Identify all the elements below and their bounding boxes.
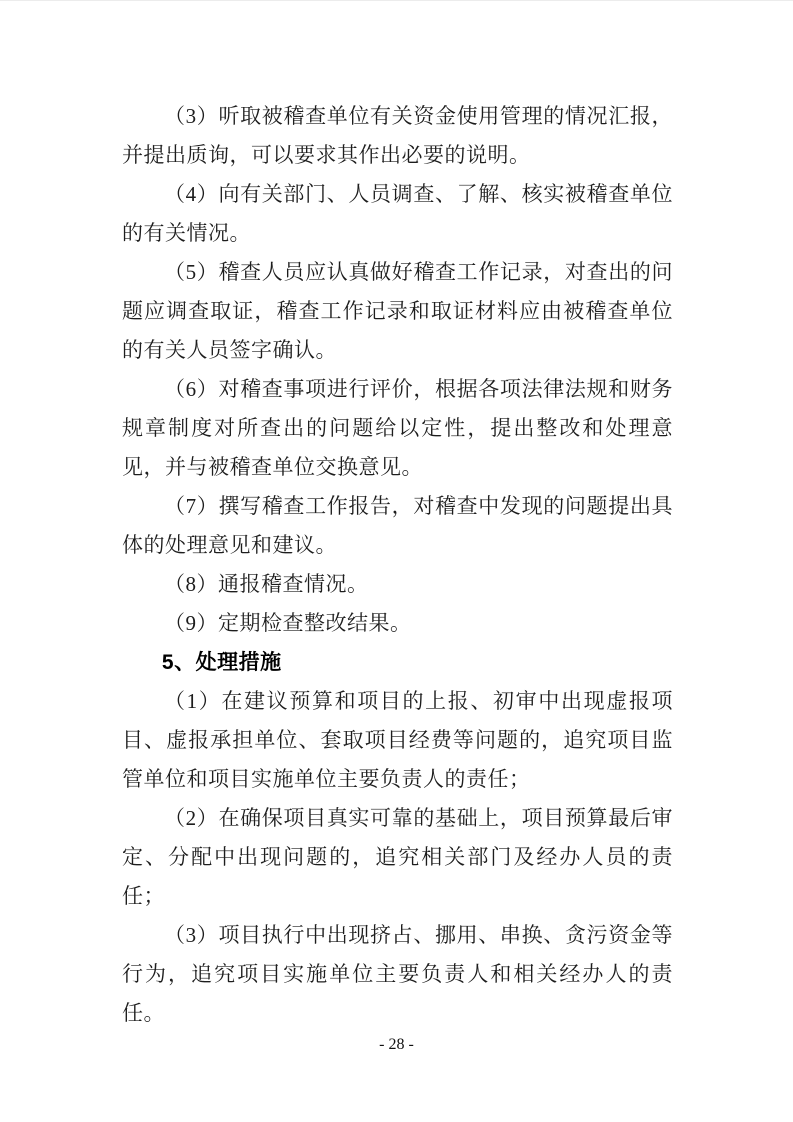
list-item-8: （8）通报稽查情况。 (122, 565, 673, 604)
list-item-4: （4）向有关部门、人员调查、了解、核实被稽查单位的有关情况。 (122, 175, 673, 253)
document-body: （3）听取被稽查单位有关资金使用管理的情况汇报，并提出质询，可以要求其作出必要的… (122, 97, 673, 1033)
measure-item-2: （2）在确保项目真实可靠的基础上，项目预算最后审定、分配中出现问题的，追究相关部… (122, 799, 673, 916)
list-item-6: （6）对稽查事项进行评价，根据各项法律法规和财务规章制度对所查出的问题给以定性，… (122, 370, 673, 487)
document-page: （3）听取被稽查单位有关资金使用管理的情况汇报，并提出质询，可以要求其作出必要的… (0, 0, 793, 1122)
measure-item-1: （1）在建议预算和项目的上报、初审中出现虚报项目、虚报承担单位、套取项目经费等问… (122, 682, 673, 799)
measure-item-3: （3）项目执行中出现挤占、挪用、串换、贪污资金等行为，追究项目实施单位主要负责人… (122, 916, 673, 1033)
page-number: - 28 - (0, 1035, 793, 1055)
list-item-7: （7）撰写稽查工作报告，对稽查中发现的问题提出具体的处理意见和建议。 (122, 487, 673, 565)
section-heading-5: 5、处理措施 (122, 643, 673, 682)
list-item-9: （9）定期检查整改结果。 (122, 604, 673, 643)
list-item-3: （3）听取被稽查单位有关资金使用管理的情况汇报，并提出质询，可以要求其作出必要的… (122, 97, 673, 175)
list-item-5: （5）稽查人员应认真做好稽查工作记录，对查出的问题应调查取证，稽查工作记录和取证… (122, 253, 673, 370)
